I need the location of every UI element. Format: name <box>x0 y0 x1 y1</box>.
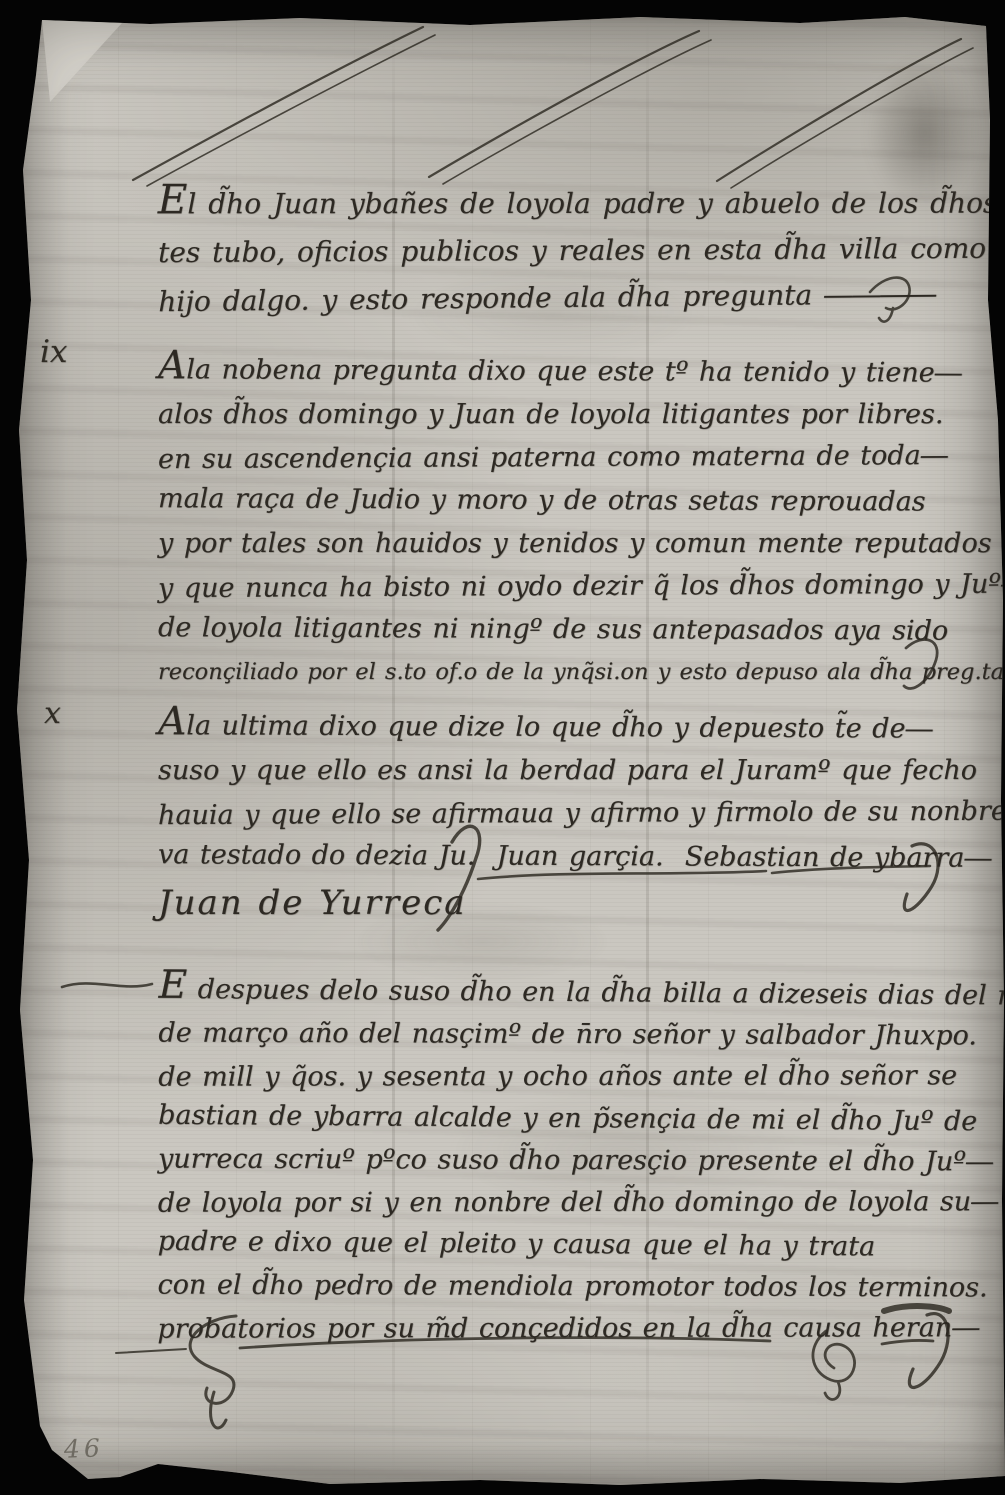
scribe-signature: Juan de Yurreca <box>158 882 978 925</box>
manuscript-line: El d̃ho Juan ybañes de loyola padre y ab… <box>158 176 968 228</box>
diagonal-cancellation-stroke-3 <box>717 39 973 188</box>
manuscript-line: alos d̃hos domingo y Juan de loyola liti… <box>158 393 978 436</box>
paragraph-answer-novena: Ala nobena pregunta dixo que este tº ha … <box>158 346 978 694</box>
manuscript-line: va testado do dezia Ju. Juan garçia. Seb… <box>158 833 978 880</box>
paragraph-diligencia: E despues delo suso d̃ho en la d̃ha bill… <box>157 967 978 1352</box>
diagonal-cancellation-stroke-2 <box>429 31 711 184</box>
margin-question-mark-ix: ix <box>40 334 67 370</box>
manuscript-line: padre e dixo que el pleito y causa que e… <box>158 1221 978 1269</box>
folio-number: 46 <box>64 1433 105 1463</box>
manuscript-line: hauia y que ello se afirmaua y afirmo y … <box>158 790 978 837</box>
manuscript-line: tes tubo, oficios publicos y reales en e… <box>158 225 968 276</box>
paragraph-answer-octava: El d̃ho Juan ybañes de loyola padre y ab… <box>158 174 969 323</box>
manuscript-line: de loyola litigantes ni ningº de sus ant… <box>158 606 978 653</box>
manuscript-line: y que nunca ha bisto ni oydo dezir q̃ lo… <box>158 563 978 610</box>
manuscript-line: reconçiliado por el s.to of.o de la ynq̃… <box>158 651 978 694</box>
diagonal-cancellation-stroke-1 <box>133 27 435 186</box>
manuscript-line: y por tales son hauidos y tenidos y comu… <box>158 522 978 565</box>
photograph-background: ix x El d̃ho Juan ybañes de loyola padre… <box>0 0 1005 1495</box>
manuscript-line: Ala nobena pregunta dixo que este tº ha … <box>158 344 978 395</box>
manuscript-line: con el d̃ho pedro de mendiola promotor t… <box>157 1265 977 1310</box>
manuscript-line: de mill y q̃os. y sesenta y ocho años an… <box>158 1055 978 1098</box>
margin-question-mark-x: x <box>44 696 61 731</box>
manuscript-line: en su ascendençia ansi paterna como mate… <box>158 434 978 481</box>
manuscript-page: ix x El d̃ho Juan ybañes de loyola padre… <box>0 0 1005 1495</box>
manuscript-line: de loyola por si y en nonbre del d̃ho do… <box>158 1181 978 1224</box>
manuscript-line: suso y que ello es ansi la berdad para e… <box>158 749 978 792</box>
paragraph-answer-ultima: Ala ultima dixo que dize lo que d̃ho y d… <box>158 702 978 925</box>
manuscript-line: de março año del nasçimº de n̄ro señor y… <box>158 1013 978 1058</box>
manuscript-line: probatorios por su m̃d conçedidos en la … <box>157 1307 977 1350</box>
manuscript-line: yurreca scriuº pºco suso d̃ho paresçio p… <box>158 1139 978 1184</box>
manuscript-line: mala raça de Judio y moro y de otras set… <box>158 477 978 524</box>
manuscript-line: bastian de ybarra alcalde y en p̃sençia … <box>158 1095 978 1143</box>
manuscript-line: hijo dalgo. y esto responde ala d̃ha pre… <box>158 270 968 325</box>
diligencia-opening-swash <box>62 983 152 987</box>
top-left-corner-fold <box>0 0 140 120</box>
manuscript-line: E despues delo suso d̃ho en la d̃ha bill… <box>158 965 978 1017</box>
manuscript-line: Ala ultima dixo que dize lo que d̃ho y d… <box>158 700 978 751</box>
